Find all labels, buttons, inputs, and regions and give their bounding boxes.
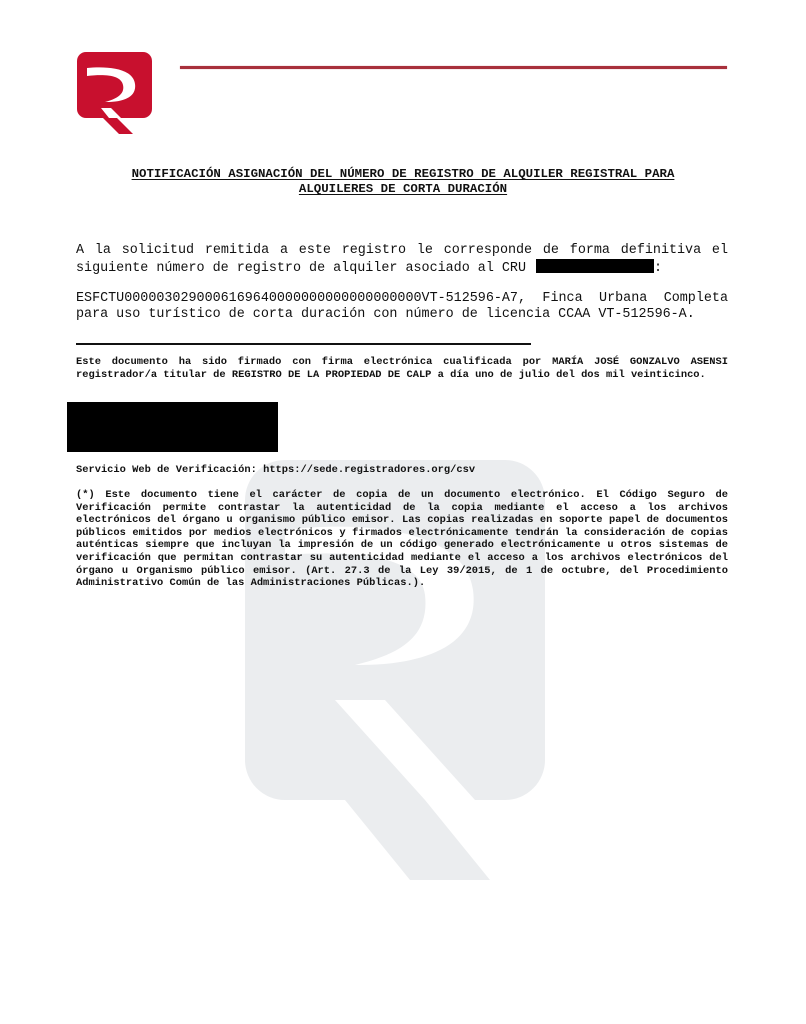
verification-line: Servicio Web de Verificación: https://se… <box>76 464 728 477</box>
registration-number: ESFCTU0000030290006169640000000000000000… <box>76 291 526 306</box>
redacted-block <box>67 402 278 452</box>
document-title: NOTIFICACIÓN ASIGNACIÓN DEL NÚMERO DE RE… <box>96 167 710 197</box>
registradores-logo-icon <box>77 52 152 134</box>
intro-suffix: : <box>654 261 662 276</box>
separator-line <box>76 343 531 345</box>
verification-label: Servicio Web de Verificación: <box>76 464 257 476</box>
registration-paragraph: ESFCTU0000030290006169640000000000000000… <box>76 291 728 323</box>
redacted-cru <box>536 259 654 273</box>
document-page: NOTIFICACIÓN ASIGNACIÓN DEL NÚMERO DE RE… <box>0 0 806 1024</box>
verification-url[interactable]: https://sede.registradores.org/csv <box>263 464 475 476</box>
signature-paragraph: Este documento ha sido firmado con firma… <box>76 356 728 381</box>
legal-note: (*) Este documento tiene el carácter de … <box>76 489 728 590</box>
intro-paragraph: A la solicitud remitida a este registro … <box>76 243 728 277</box>
title-line-2: ALQUILERES DE CORTA DURACIÓN <box>299 182 507 196</box>
header-rule <box>180 66 727 69</box>
title-line-1: NOTIFICACIÓN ASIGNACIÓN DEL NÚMERO DE RE… <box>132 167 675 181</box>
